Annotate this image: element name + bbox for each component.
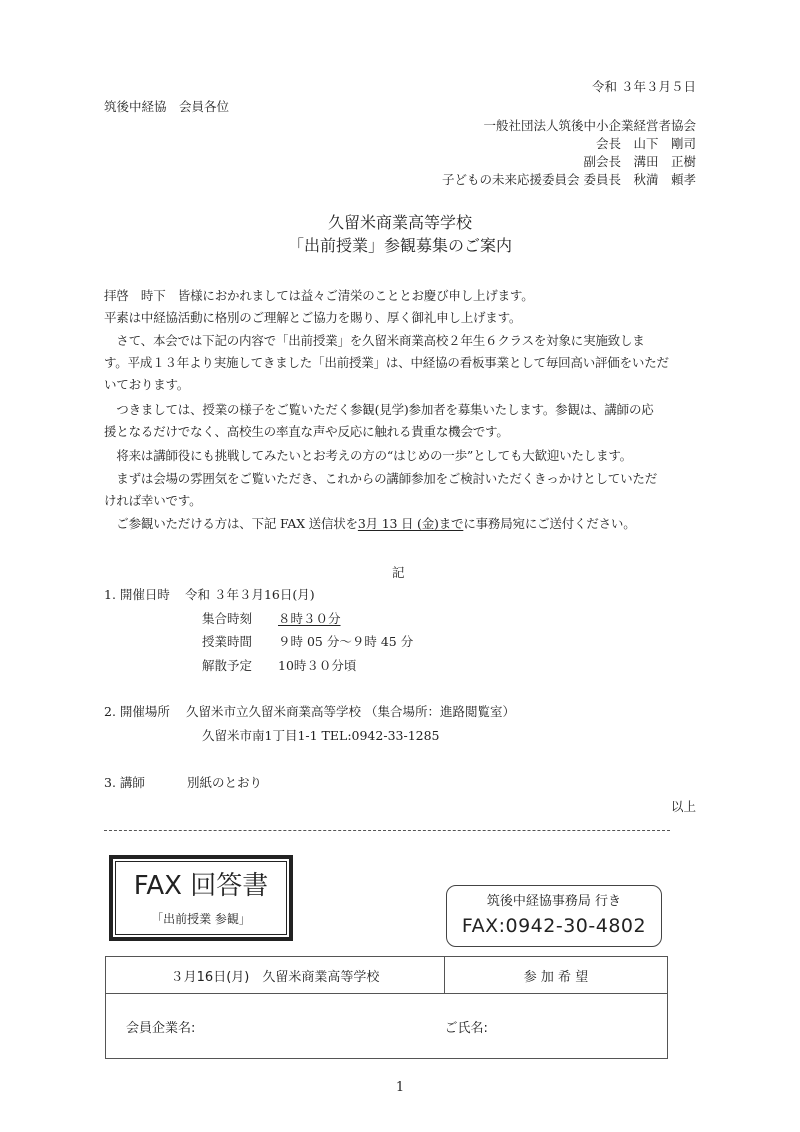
para2-line1: つきましては、授業の様子をご覧いただく参観(見学)参加者を募集いたします。参観は… (104, 400, 654, 418)
response-table-body: 会員企業名: ご氏名: (106, 994, 668, 1059)
item2-address: 久留米市南1丁目1-1 TEL:0942-33-1285 (202, 726, 440, 744)
para1-line2: す。平成１３年より実施してきました「出前授業」は、中経協の看板事業として毎回高い… (104, 353, 669, 371)
para5-post: に事務局宛にご送付ください。 (463, 516, 635, 531)
item2-value: 久留米市立久留米商業高等学校 （集合場所：進路閲覧室） (186, 702, 515, 720)
sender-vice-president: 副会長 溝田 正樹 (583, 152, 696, 170)
fax-destination-box: 筑後中経協事務局 行き FAX:0942-30-4802 (446, 885, 662, 947)
company-name-field[interactable]: 会員企業名: (106, 994, 445, 1059)
item1-value: 令和 ３年３月16日(月) (185, 585, 315, 603)
item3-label: 3. 講師 (104, 773, 145, 791)
para4-line1: まずは会場の雰囲気をご覧いただき、これからの講師参加をご検討いただくきっかけとし… (104, 469, 657, 487)
sender-committee-chair: 子どもの未来応援委員会 委員長 秋満 頼孝 (442, 170, 696, 188)
assembly-time-value: ８時３０分 (278, 609, 341, 627)
fax-title-box: FAX 回答書 「出前授業 参観」 (109, 855, 293, 941)
sender-president: 会長 山下 剛司 (596, 134, 696, 152)
fax-destination: 筑後中経協事務局 行き (447, 890, 661, 909)
document-date: 令和 ３年３月５日 (592, 77, 696, 95)
class-time-label: 授業時間 (202, 632, 252, 650)
para1-line1: さて、本会では下記の内容で「出前授業」を久留米商業高校２年生６クラスを対象に実施… (104, 331, 645, 349)
fax-subtitle: 「出前授業 参観」 (113, 910, 289, 927)
para5: ご参観いただける方は、下記 FAX 送信状を3月 13 日 (金)までに事務局宛… (104, 514, 636, 532)
ki-heading: 記 (392, 563, 405, 581)
item2-label: 2. 開催場所 (104, 702, 170, 720)
event-header-cell: ３月16日(月) 久留米商業高等学校 (106, 957, 445, 994)
person-name-field[interactable]: ご氏名: (445, 994, 668, 1059)
para2-line2: 援となるだけでなく、高校生の率直な声や反応に触れる貴重な機会です。 (104, 422, 509, 440)
dismiss-time-label: 解散予定 (202, 656, 252, 674)
deadline-date: 3月 13 日 (金)まで (358, 516, 463, 531)
title-main: 「出前授業」参観募集のご案内 (0, 233, 800, 256)
title-school: 久留米商業高等学校 (0, 210, 800, 233)
participation-header-cell: 参 加 希 望 (445, 957, 668, 994)
greeting: 拝啓 時下 皆様におかれましては益々ご清栄のこととお慶び申し上げます。 (104, 286, 534, 304)
fax-title: FAX 回答書 (113, 865, 289, 902)
dismiss-time-value: 10時３０分頃 (278, 656, 356, 674)
assembly-time-underlined: ８時３０分 (278, 611, 341, 626)
page-number: 1 (0, 1080, 800, 1095)
cut-line-divider (104, 830, 670, 831)
class-time-value: ９時 05 分～９時 45 分 (278, 632, 413, 650)
item3-value: 別紙のとおり (187, 773, 262, 791)
para1-line3: いております。 (104, 375, 189, 393)
para3: 将来は講師役にも挑戦してみたいとお考えの方の“はじめの一歩”としても大歓迎いたし… (104, 446, 632, 464)
assembly-time-label: 集合時刻 (202, 609, 252, 627)
response-table: ３月16日(月) 久留米商業高等学校 参 加 希 望 会員企業名: ご氏名: (105, 956, 668, 1059)
fax-number: FAX:0942-30-4802 (447, 915, 661, 937)
thanks: 平素は中経協活動に格別のご理解とご協力を賜り、厚く御礼申し上げます。 (104, 308, 521, 326)
para4-line2: ければ幸いです。 (104, 491, 201, 509)
response-table-header: ３月16日(月) 久留米商業高等学校 参 加 希 望 (106, 957, 668, 994)
addressee: 筑後中経協 会員各位 (104, 97, 229, 115)
sender-organization: 一般社団法人筑後中小企業経営者協会 (483, 116, 696, 134)
item1-label: 1. 開催日時 (104, 585, 170, 603)
closing-ijo: 以上 (671, 797, 696, 815)
para5-pre: ご参観いただける方は、下記 FAX 送信状を (104, 516, 358, 531)
